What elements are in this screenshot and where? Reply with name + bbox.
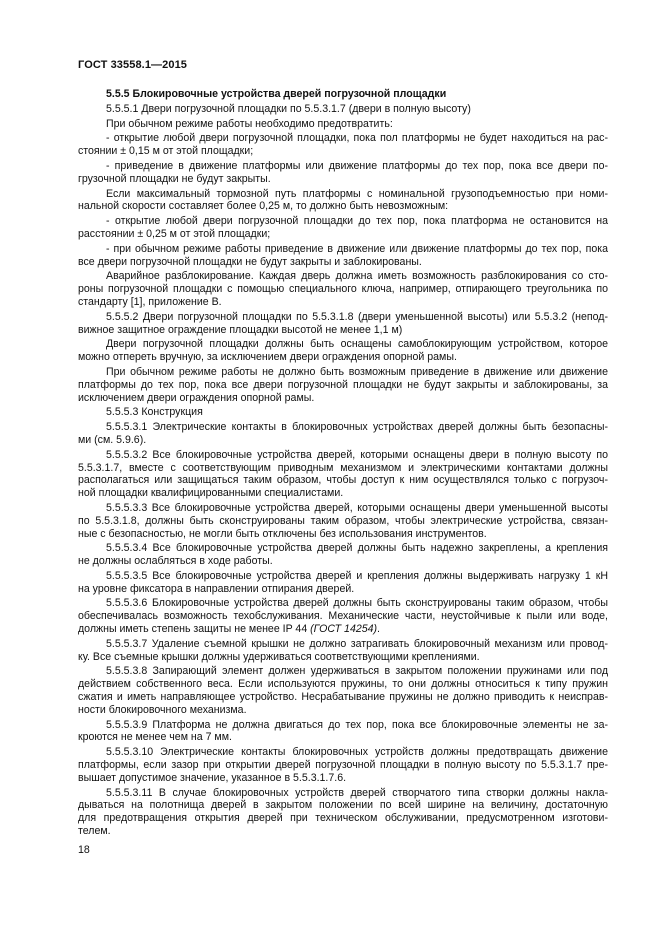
text-line: 5.5.5.2 Двери погрузочной площадки по 5.…: [78, 311, 608, 324]
text-line: по 5.5.3.1.8, должны быть сконструирован…: [78, 515, 608, 528]
text-line: 5.5.5.3.11 В случае блокировочных устрой…: [78, 787, 608, 800]
text-line-content: можно отпереть вручную, за исключением д…: [78, 351, 457, 363]
text-line-content: ку. Все съемные крышки должны удерживать…: [78, 651, 480, 663]
text-line-content: 5.5.5.3.1 Электрические контакты в блоки…: [106, 421, 608, 433]
text-line-content: нальной скорости составляет более 0,25 м…: [78, 200, 448, 212]
text-line: действием собственного веса. Если исполь…: [78, 678, 608, 691]
paragraph: - открытие любой двери погрузочной площа…: [78, 132, 608, 158]
text-line-content: 5.5.5.2 Двери погрузочной площадки по 5.…: [106, 311, 608, 323]
paragraph: 5.5.5.3 Конструкция: [78, 406, 608, 419]
text-line: ной площадки квалифицированными специали…: [78, 487, 608, 500]
paragraph: 5.5.5.3.9 Платформа не должна двигаться …: [78, 719, 608, 745]
page-number: 18: [78, 844, 90, 856]
text-line-content: стандарту [1], приложение В.: [78, 296, 222, 308]
text-line: - открытие любой двери погрузочной площа…: [78, 215, 608, 228]
text-line-content: платформы, если зазор при открытии двере…: [78, 759, 608, 771]
text-line: грузочной площадки не будут закрыты.: [78, 173, 608, 186]
text-line-content: 5.5.5.3.7 Удаление съемной крышки не дол…: [106, 638, 608, 650]
text-line-content: роны погрузочной площадки с помощью спец…: [78, 283, 608, 295]
text-line: расстоянии ± 0,25 м от этой площадки;: [78, 228, 608, 241]
text-line: При обычном режиме работы не должно быть…: [78, 366, 608, 379]
text-line-content: не должны ослабляться в ходе работы.: [78, 555, 273, 567]
text-line-content: телем.: [78, 825, 111, 837]
paragraph: Если максимальный тормозной путь платфор…: [78, 188, 608, 214]
text-line-content: 5.5.5.3.9 Платформа не должна двигаться …: [106, 719, 608, 731]
text-line-content: 5.5.5 Блокировочные устройства дверей по…: [106, 88, 446, 100]
text-line-content: грузочной площадки не будут закрыты.: [78, 173, 271, 185]
text-line: 5.5.3.1.7, вместе с соответствующим прив…: [78, 462, 608, 475]
text-line: 5.5.5 Блокировочные устройства дверей по…: [78, 88, 608, 101]
paragraph: 5.5.5.3.8 Запирающий элемент должен удер…: [78, 665, 608, 716]
text-line: - приведение в движение платформы или дв…: [78, 160, 608, 173]
text-line-content: располагаться или защищаться таким образ…: [78, 474, 608, 486]
text-line: - открытие любой двери погрузочной площа…: [78, 132, 608, 145]
text-line-content: - при обычном режиме работы приведение в…: [106, 243, 608, 255]
text-line-content: стоянии ± 0,15 м от этой площадки;: [78, 145, 253, 157]
text-line-content: 5.5.5.3.10 Электрические контакты блокир…: [106, 746, 608, 758]
text-line: все двери погрузочной площадки не будут …: [78, 256, 608, 269]
text-line-content: 5.5.5.3.6 Блокировочные устройства двере…: [106, 597, 608, 609]
text-line: 5.5.5.3.2 Все блокировочные устройства д…: [78, 449, 608, 462]
text-line: вышает допустимое значение, указанное в …: [78, 772, 608, 785]
text-line-content: вышает допустимое значение, указанное в …: [78, 772, 346, 784]
paragraph: 5.5.5.3.11 В случае блокировочных устрой…: [78, 787, 608, 838]
text-line-content: расстоянии ± 0,25 м от этой площадки;: [78, 228, 270, 240]
text-line-content: платформы до тех пор, пока все двери пог…: [78, 379, 608, 391]
text-line: сжатия и иметь направляющее устройство. …: [78, 691, 608, 704]
text-line: исключением двери ограждения опорной рам…: [78, 392, 608, 405]
text-line: телем.: [78, 825, 608, 838]
text-line: 5.5.5.3.3 Все блокировочные устройства д…: [78, 502, 608, 515]
text-line-content: 5.5.5.3.3 Все блокировочные устройства д…: [106, 502, 608, 514]
text-line: должны иметь степень защиты не менее IP …: [78, 623, 608, 636]
text-line: дываться на полотнища дверей в закрытом …: [78, 799, 608, 812]
punctuation: .: [377, 623, 380, 635]
paragraph: При обычном режиме работы необходимо пре…: [78, 118, 608, 131]
text-line-content: на уровне фиксатора в направлении отпира…: [78, 583, 354, 595]
text-line-content: 5.5.5.3 Конструкция: [106, 406, 203, 418]
text-line: кроются не менее чем на 7 мм.: [78, 731, 608, 744]
text-line: Аварийное разблокирование. Каждая дверь …: [78, 270, 608, 283]
paragraph: - открытие любой двери погрузочной площа…: [78, 215, 608, 241]
paragraph: 5.5.5.1 Двери погрузочной площадки по 5.…: [78, 103, 608, 116]
text-line: 5.5.5.3.10 Электрические контакты блокир…: [78, 746, 608, 759]
text-line: стоянии ± 0,15 м от этой площадки;: [78, 145, 608, 158]
text-line-content: ной площадки квалифицированными специали…: [78, 487, 343, 499]
text-line-content: сжатия и иметь направляющее устройство. …: [78, 691, 608, 703]
text-line-content: должны иметь степень защиты не менее IP …: [78, 623, 310, 635]
text-line: ные с безопасностью, не могли быть отклю…: [78, 528, 608, 541]
text-line: ми (см. 5.9.6).: [78, 434, 608, 447]
text-line: на уровне фиксатора в направлении отпира…: [78, 583, 608, 596]
paragraph: 5.5.5.2 Двери погрузочной площадки по 5.…: [78, 311, 608, 337]
text-line-content: Двери погрузочной площадки должны быть о…: [106, 338, 608, 350]
text-line: обеспечивалась возможность техобслуживан…: [78, 610, 608, 623]
text-line: 5.5.5.3.8 Запирающий элемент должен удер…: [78, 665, 608, 678]
text-line: 5.5.5.1 Двери погрузочной площадки по 5.…: [78, 103, 608, 116]
document-header: ГОСТ 33558.1—2015: [78, 59, 187, 71]
text-line: 5.5.5.3.6 Блокировочные устройства двере…: [78, 597, 608, 610]
text-line-content: 5.5.5.3.4 Все блокировочные устройства д…: [106, 542, 608, 554]
text-line: можно отпереть вручную, за исключением д…: [78, 351, 608, 364]
text-line-content: ми (см. 5.9.6).: [78, 434, 146, 446]
text-line: платформы, если зазор при открытии двере…: [78, 759, 608, 772]
text-line: Двери погрузочной площадки должны быть о…: [78, 338, 608, 351]
text-line: 5.5.5.3.5 Все блокировочные устройства д…: [78, 570, 608, 583]
text-line: вижное защитное ограждение площадки высо…: [78, 324, 608, 337]
paragraph: - при обычном режиме работы приведение в…: [78, 243, 608, 269]
text-line-content: При обычном режиме работы не должно быть…: [106, 366, 608, 378]
text-line-content: кроются не менее чем на 7 мм.: [78, 731, 232, 743]
text-line: нальной скорости составляет более 0,25 м…: [78, 200, 608, 213]
text-line-content: для предотвращения открытия дверей при т…: [78, 812, 608, 824]
text-line-content: 5.5.5.3.8 Запирающий элемент должен удер…: [106, 665, 608, 677]
text-line-content: При обычном режиме работы необходимо пре…: [106, 118, 393, 130]
text-line-content: - открытие любой двери погрузочной площа…: [106, 215, 608, 227]
paragraph: Двери погрузочной площадки должны быть о…: [78, 338, 608, 364]
text-line: При обычном режиме работы необходимо пре…: [78, 118, 608, 131]
text-line: ку. Все съемные крышки должны удерживать…: [78, 651, 608, 664]
text-line-content: исключением двери ограждения опорной рам…: [78, 392, 314, 404]
text-line-content: вижное защитное ограждение площадки высо…: [78, 324, 402, 336]
text-line: 5.5.5.3.7 Удаление съемной крышки не дол…: [78, 638, 608, 651]
text-line: стандарту [1], приложение В.: [78, 296, 608, 309]
paragraph: 5.5.5.3.3 Все блокировочные устройства д…: [78, 502, 608, 540]
text-line-content: Если максимальный тормозной путь платфор…: [106, 188, 608, 200]
text-line: Если максимальный тормозной путь платфор…: [78, 188, 608, 201]
text-line-content: действием собственного веса. Если исполь…: [78, 678, 608, 690]
text-line: ности блокировочного механизма.: [78, 704, 608, 717]
text-line-content: 5.5.5.1 Двери погрузочной площадки по 5.…: [106, 103, 471, 115]
text-line: для предотвращения открытия дверей при т…: [78, 812, 608, 825]
text-line: 5.5.5.3.9 Платформа не должна двигаться …: [78, 719, 608, 732]
text-line-content: 5.5.5.3.2 Все блокировочные устройства д…: [106, 449, 608, 461]
text-line-content: ные с безопасностью, не могли быть отклю…: [78, 528, 487, 540]
paragraph: 5.5.5.3.4 Все блокировочные устройства д…: [78, 542, 608, 568]
text-line: не должны ослабляться в ходе работы.: [78, 555, 608, 568]
text-line-content: - приведение в движение платформы или дв…: [106, 160, 608, 172]
text-line: роны погрузочной площадки с помощью спец…: [78, 283, 608, 296]
text-line: 5.5.5.3 Конструкция: [78, 406, 608, 419]
paragraph: 5.5.5.3.10 Электрические контакты блокир…: [78, 746, 608, 784]
paragraph: 5.5.5.3.2 Все блокировочные устройства д…: [78, 449, 608, 500]
text-line-content: - открытие любой двери погрузочной площа…: [106, 132, 608, 144]
section-heading: 5.5.5 Блокировочные устройства дверей по…: [78, 88, 608, 101]
paragraph: - приведение в движение платформы или дв…: [78, 160, 608, 186]
document-body: 5.5.5 Блокировочные устройства дверей по…: [78, 88, 608, 840]
text-line-content: 5.5.5.3.5 Все блокировочные устройства д…: [106, 570, 608, 582]
paragraph: 5.5.5.3.7 Удаление съемной крышки не дол…: [78, 638, 608, 664]
text-line-content: обеспечивалась возможность техобслуживан…: [78, 610, 608, 622]
paragraph: Аварийное разблокирование. Каждая дверь …: [78, 270, 608, 308]
text-line-content: 5.5.5.3.11 В случае блокировочных устрой…: [106, 787, 608, 799]
standard-reference: (ГОСТ 14254): [310, 623, 377, 635]
text-line: 5.5.5.3.1 Электрические контакты в блоки…: [78, 421, 608, 434]
text-line: платформы до тех пор, пока все двери пог…: [78, 379, 608, 392]
text-line-content: все двери погрузочной площадки не будут …: [78, 256, 422, 268]
text-line-content: по 5.5.3.1.8, должны быть сконструирован…: [78, 515, 608, 527]
paragraph: 5.5.5.3.6 Блокировочные устройства двере…: [78, 597, 608, 635]
text-line: - при обычном режиме работы приведение в…: [78, 243, 608, 256]
text-line: располагаться или защищаться таким образ…: [78, 474, 608, 487]
paragraph: 5.5.5.3.5 Все блокировочные устройства д…: [78, 570, 608, 596]
text-line-content: дываться на полотнища дверей в закрытом …: [78, 799, 608, 811]
text-line: 5.5.5.3.4 Все блокировочные устройства д…: [78, 542, 608, 555]
paragraph: При обычном режиме работы не должно быть…: [78, 366, 608, 404]
text-line-content: Аварийное разблокирование. Каждая дверь …: [106, 270, 608, 282]
text-line-content: 5.5.3.1.7, вместе с соответствующим прив…: [78, 462, 608, 474]
text-line-content: ности блокировочного механизма.: [78, 704, 247, 716]
paragraph: 5.5.5.3.1 Электрические контакты в блоки…: [78, 421, 608, 447]
